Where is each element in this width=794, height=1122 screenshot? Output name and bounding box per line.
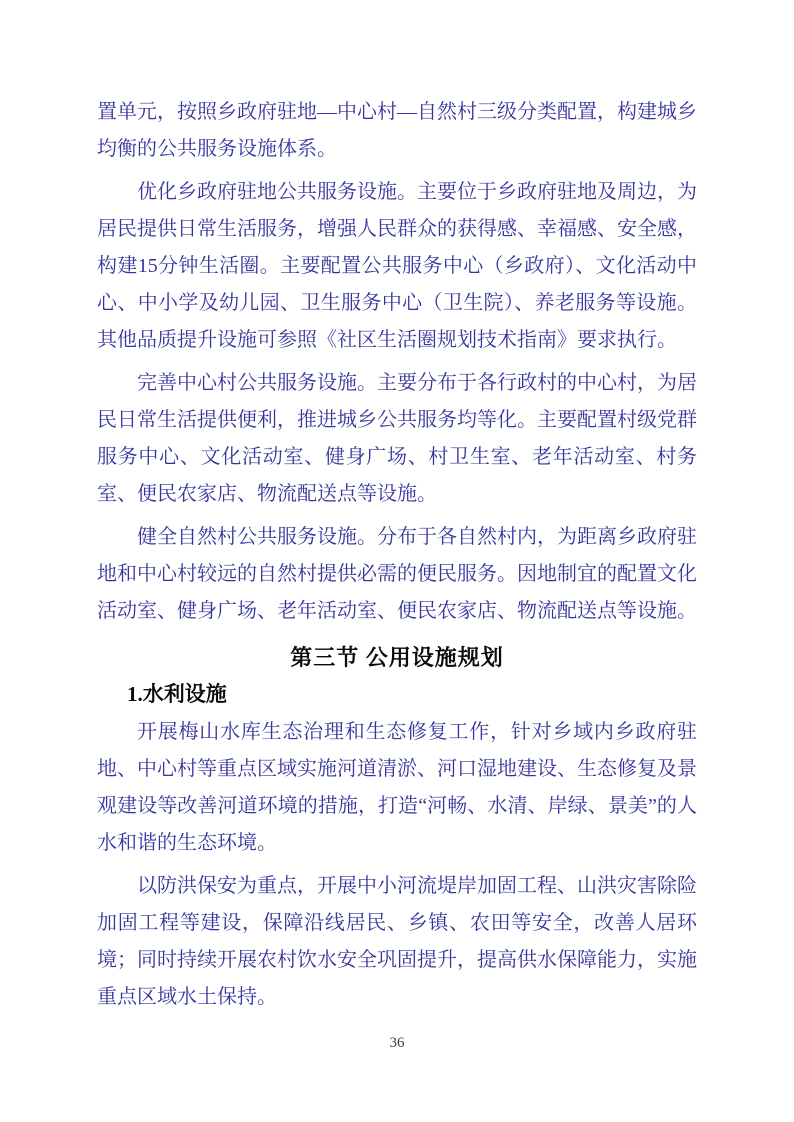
document-body: 置单元，按照乡政府驻地—中心村—自然村三级分类配置，构建城乡均衡的公共服务设施体…	[97, 94, 697, 1022]
body-paragraph-reservoir-ecology: 开展梅山水库生态治理和生态修复工作，针对乡域内乡政府驻地、中心村等重点区域实施河…	[97, 714, 697, 862]
page-number: 36	[0, 1035, 794, 1052]
body-paragraph-flood-control: 以防洪保安为重点，开展中小河流堤岸加固工程、山洪灾害除险加固工程等建设，保障沿线…	[97, 868, 697, 1016]
body-paragraph-natural-village-services: 健全自然村公共服务设施。分布于各自然村内，为距离乡政府驻地和中心村较远的自然村提…	[97, 519, 697, 630]
section-heading: 第三节 公用设施规划	[97, 642, 697, 674]
document-page: 置单元，按照乡政府驻地—中心村—自然村三级分类配置，构建城乡均衡的公共服务设施体…	[0, 0, 794, 1122]
body-paragraph-continued: 置单元，按照乡政府驻地—中心村—自然村三级分类配置，构建城乡均衡的公共服务设施体…	[97, 94, 697, 168]
body-paragraph-central-village-services: 完善中心村公共服务设施。主要分布于各行政村的中心村，为居民日常生活提供便利，推进…	[97, 365, 697, 513]
body-paragraph-township-services: 优化乡政府驻地公共服务设施。主要位于乡政府驻地及周边，为居民提供日常生活服务，增…	[97, 174, 697, 359]
subsection-heading-water-facilities: 1.水利设施	[97, 680, 697, 708]
